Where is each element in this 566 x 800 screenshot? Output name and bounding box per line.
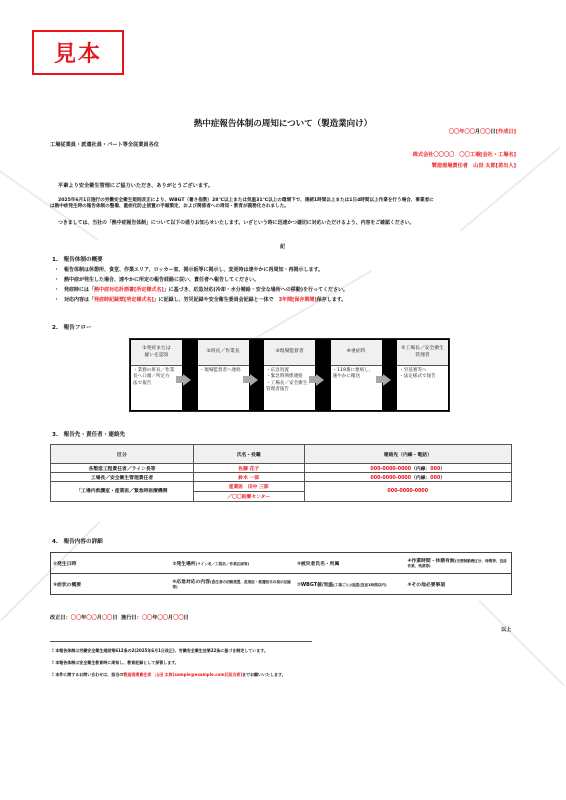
- detail-row: ⑤症状の概要⑥応急対応の内容(責任者の初動措置、産業医・救護担当の指示記録等)⑦…: [51, 574, 512, 595]
- column-header: 連絡先（内線・電話）: [304, 445, 511, 464]
- detail-label: ①発生日時: [53, 562, 76, 567]
- date-year: 〇〇年: [449, 129, 465, 135]
- text: 保存します。: [317, 297, 347, 303]
- contact-cell: 000-0000-0000（内線：000）: [304, 473, 511, 482]
- table-header-row: 区分 氏名・役職 連絡先（内線・電話）: [51, 445, 512, 464]
- bullet-item: ・ 発症時には「熱中症対応計画書[所定様式名]」に基づき、応急対応(冷却・水分補…: [54, 286, 348, 293]
- name-cell: 佐藤 花子: [193, 464, 304, 473]
- flow-step-title: ⑤工場長／安全衛生 管理者: [397, 340, 448, 366]
- text: 」に基づき、応急対応(冷却・水分補給・安全な場所への移動)を行ってください。: [164, 287, 348, 293]
- date-month: 〇〇: [465, 129, 475, 135]
- text: 報告体制は休憩所、食堂、作業エリア、ロッカー室、掲示板等に掲示し、変更時は速やか…: [64, 267, 323, 273]
- bullet-item: ・ 報告体制は休憩所、食堂、作業エリア、ロッカー室、掲示板等に掲示し、変更時は速…: [54, 266, 323, 273]
- intro-paragraph: 2025年6月1日施行の労働安全衛生規則改正により、WBGT（暑さ指数）28℃以…: [50, 198, 434, 210]
- watermark-line: [479, 600, 565, 686]
- arrow-icon: [176, 376, 183, 383]
- unit: 日: [184, 615, 189, 621]
- arrow-icon: [309, 376, 316, 383]
- ijo-closing: 以上: [501, 627, 511, 634]
- detail-cell: ⑦WBGT値/気温(工場ごと)/湿度(直前1時間以内): [295, 574, 406, 595]
- category-cell: 各製造工程責任者／ライン長等: [51, 464, 194, 473]
- effective-day: 〇〇: [173, 615, 183, 621]
- detail-cell: ③被災者氏名・所属: [295, 553, 406, 574]
- flow-step-title: ④重症時: [331, 340, 382, 366]
- phone-number: 000-0000-0000: [370, 476, 411, 481]
- watermark-line: [250, 270, 372, 342]
- arrow-icon: [183, 374, 191, 386]
- flow-step-line: 管理者報告: [266, 387, 314, 393]
- document-title: 熱中症報告体制の周知について（製造業向け）: [0, 117, 566, 129]
- bullet-dot: ・: [54, 277, 64, 283]
- table-row: 工場長／安全衛生管理責任者 鈴木 一郎 000-0000-0000（内線：000…: [51, 473, 512, 482]
- arrow-icon: [316, 374, 324, 386]
- ext-close: ）: [440, 476, 445, 481]
- text: 熱中症が発生した場合、速やかに所定の報告経路に従い、責任者へ報告してください。: [64, 277, 259, 283]
- text: 対応内容は「: [64, 297, 94, 303]
- flow-step-body: ・業務の班長／作業長へ口頭／所定方法で報告: [133, 368, 181, 387]
- date-suffix: [作成日]: [496, 129, 516, 135]
- flow-step: ④重症時・119番に連絡し、速やかに搬送: [331, 340, 382, 410]
- section4-heading: 4. 報告内容の詳細: [52, 537, 103, 545]
- table-row: 各製造工程責任者／ライン長等 佐藤 花子 000-0000-0000（内線：00…: [51, 464, 512, 473]
- divider: [50, 641, 312, 642]
- category-cell: 工場長／安全衛生管理責任者: [51, 473, 194, 482]
- ext-number: 000: [430, 476, 440, 481]
- flow-step-line: 速やかに搬送: [333, 374, 381, 380]
- arrow-icon: [250, 374, 258, 386]
- contact-table: 区分 氏名・役職 連絡先（内線・電話） 各製造工程責任者／ライン長等 佐藤 花子…: [50, 444, 512, 502]
- revision-label: 改正日：: [50, 615, 71, 621]
- highlight-text: 製造現場責任者 山田 太郎(sample@example.com)[担当者]: [123, 672, 242, 677]
- bullet-item: ・ 熱中症が発生した場合、速やかに所定の報告経路に従い、責任者へ報告してください…: [54, 276, 259, 283]
- text: 発症時には「: [64, 287, 94, 293]
- text: 本報告体制は労働安全衛生規則第612条の2(2025年6月1日改正)、労働安全衛…: [55, 648, 268, 653]
- flow-step: ②班長／作業長・現場監督者へ連絡: [198, 340, 249, 410]
- detail-label: ②発生場所: [172, 562, 195, 567]
- flow-step-title: ②班長／作業長: [198, 340, 249, 366]
- highlight-text: 熱中症対応計画書[所定様式名]: [94, 287, 164, 293]
- ext-label: （内線：: [411, 467, 430, 472]
- detail-note: (工場ごと)/湿度(直前1時間以内): [333, 583, 387, 587]
- sender-company: 株式会社〇〇〇〇 〇〇工場[会社・工場名]: [413, 152, 516, 159]
- report-detail-table: ①発生日時②発生場所(ライン名／工程名／作業区画等)③被災者氏名・所属④作業時間…: [50, 552, 512, 595]
- column-header: 氏名・役職: [193, 445, 304, 464]
- flow-step-body: ・応急処置・緊急時関係連絡・工場長／安全衛生管理者報告: [266, 368, 314, 394]
- revision-month: 〇〇: [86, 615, 96, 621]
- greeting: 平素より安全衛生管理にご協力いただき、ありがとうございます。: [58, 183, 213, 190]
- flow-step: ①発症または 疑いを認知・業務の班長／作業長へ口頭／所定方法で報告: [131, 340, 182, 410]
- section1-heading: 1. 報告体制の概要: [52, 255, 103, 263]
- detail-label: ⑤症状の概要: [53, 583, 81, 588]
- arrow-icon: [383, 374, 391, 386]
- unit: 日: [112, 615, 117, 621]
- highlight-text: 3年間[保存期間]: [279, 297, 317, 303]
- flow-step-line: ・現場監督者へ連絡: [200, 368, 248, 374]
- highlight-text: 発症時記録票[所定様式名]: [94, 297, 154, 303]
- effective-year: 〇〇: [142, 615, 152, 621]
- section2-heading: 2. 報告フロー: [52, 323, 92, 331]
- detail-cell: ①発生日時: [51, 553, 171, 574]
- detail-cell: ⑤症状の概要: [51, 574, 171, 595]
- report-flow-chart: ①発症または 疑いを認知・業務の班長／作業長へ口頭／所定方法で報告②班長／作業長…: [129, 338, 450, 412]
- text: までお願いいたします。: [242, 672, 286, 677]
- bullet-dot: ・: [54, 287, 64, 293]
- revision-year: 〇〇: [71, 615, 81, 621]
- footnote: ! 本件に関するお問い合わせは、担当の製造現場責任者 山田 太郎(sample@…: [52, 672, 286, 678]
- detail-cell: ⑧その他必要事項: [405, 574, 511, 595]
- sender-person: 製造現場責任者 山田 太郎[差出人]: [432, 163, 516, 170]
- flow-step-title: ③現場監督者: [264, 340, 315, 366]
- flow-step-body: ・現場監督者へ連絡: [200, 368, 248, 374]
- ext-number: 000: [430, 467, 440, 472]
- effective-label: 施行日：: [121, 615, 142, 621]
- flow-step-line: 法で報告: [133, 381, 181, 387]
- flow-step: ③現場監督者・応急処置・緊急時関係連絡・工場長／安全衛生管理者報告: [264, 340, 315, 410]
- date-line: 〇〇年〇〇月〇〇日[作成日]: [449, 129, 516, 136]
- ext-label: （内線：: [411, 476, 430, 481]
- flow-step: ⑤工場長／安全衛生 管理者・労基署等へ・法定様式で報告: [397, 340, 448, 410]
- detail-label: ⑧その他必要事項: [407, 583, 445, 588]
- detail-label: ⑦WBGT値/気温: [297, 583, 333, 588]
- watermark-line: [460, 146, 561, 231]
- name-cell: ／〇〇医療センター: [193, 492, 304, 502]
- category-cell: 「工場内救護室・産業医／緊急時医療機関: [51, 482, 194, 502]
- contact-cell: 000-0000-0000（内線：000）: [304, 464, 511, 473]
- text: 」に記録し、労災記録や安全衛生委員会記録と一体で: [154, 297, 279, 303]
- section3-heading: 3. 報告先・責任者・連絡先: [52, 430, 125, 438]
- sample-stamp: 見本: [32, 30, 124, 75]
- phone-number: 000-0000-0000: [370, 467, 411, 472]
- recipient: 工場従業員・派遣社員・パート等全従業員各位: [50, 142, 159, 149]
- text: 本件に関するお問い合わせは、担当の: [55, 672, 123, 677]
- date-day: 〇〇: [480, 129, 490, 135]
- intro-line: は熱中症発生時の報告体制の整備、重症化防止措置の手順策定、および関係者への周知・…: [50, 204, 434, 210]
- detail-row: ①発生日時②発生場所(ライン名／工程名／作業区画等)③被災者氏名・所属④作業時間…: [51, 553, 512, 574]
- ki-marker: 記: [280, 244, 285, 251]
- effective-month: 〇〇: [158, 615, 168, 621]
- bullet-dot: ・: [54, 267, 64, 273]
- text: 本報告体制は安全衛生教育時に周知し、教育記録として保管します。: [55, 660, 179, 665]
- arrow-icon: [376, 376, 383, 383]
- name-cell: 産業医 田中 三郎: [193, 482, 304, 492]
- ext-close: ）: [440, 467, 445, 472]
- bullet-item: ・ 対応内容は「発症時記録票[所定様式名]」に記録し、労災記録や安全衛生委員会記…: [54, 296, 346, 303]
- revision-day: 〇〇: [102, 615, 112, 621]
- revision-dates: 改正日：〇〇年〇〇月〇〇日 施行日：〇〇年〇〇月〇〇日: [50, 615, 189, 622]
- bullet-dot: ・: [54, 297, 64, 303]
- flow-step-title: ①発症または 疑いを認知: [131, 340, 182, 366]
- detail-cell: ②発生場所(ライン名／工程名／作業区画等): [170, 553, 294, 574]
- arrow-icon: [243, 376, 250, 383]
- flow-step-body: ・119番に連絡し、速やかに搬送: [333, 368, 381, 381]
- detail-label: ③被災者氏名・所属: [297, 562, 339, 567]
- footnote: ! 本報告体制は安全衛生教育時に周知し、教育記録として保管します。: [52, 660, 179, 666]
- detail-note: (ライン名／工程名／作業区画等): [196, 562, 250, 566]
- intro-paragraph-2: つきましては、当社の「熱中症報告体制」について以下の通りお知らせいたします。いざ…: [58, 220, 414, 227]
- column-header: 区分: [51, 445, 194, 464]
- detail-cell: ⑥応急対応の内容(責任者の初動措置、産業医・救護担当の指示記録等): [170, 574, 294, 595]
- footnote: ! 本報告体制は労働安全衛生規則第612条の2(2025年6月1日改正)、労働安…: [52, 648, 268, 654]
- contact-cell: 000-0000-0000: [304, 482, 511, 502]
- flow-step-body: ・労基署等へ・法定様式で報告: [399, 368, 447, 381]
- detail-label: ⑥応急対応の内容: [172, 580, 210, 585]
- detail-cell: ④作業時間・休憩有無(交替制勤務区分、時間帯、直前作業、残業等): [405, 553, 511, 574]
- flow-step-line: ・法定様式で報告: [399, 374, 447, 380]
- name-cell: 鈴木 一郎: [193, 473, 304, 482]
- table-row: 「工場内救護室・産業医／緊急時医療機関 産業医 田中 三郎 000-0000-0…: [51, 482, 512, 492]
